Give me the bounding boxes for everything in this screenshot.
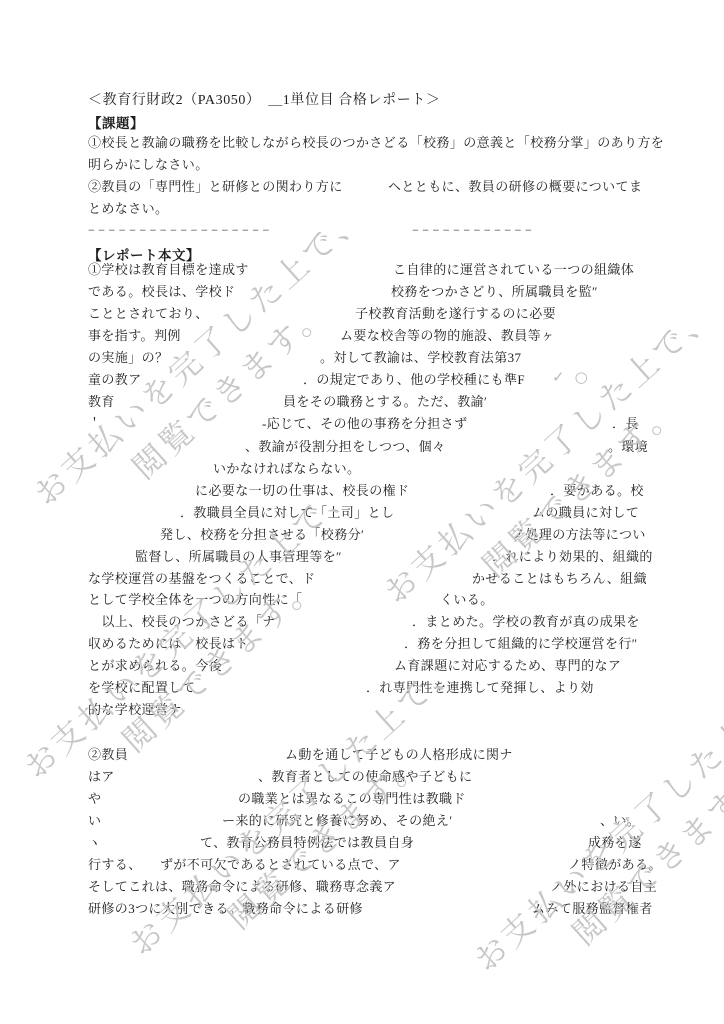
text-segment: の職業とは異なるこの専門性は教職ド [238, 788, 466, 807]
text-segment: 教育 [88, 391, 115, 410]
report-line: 事を指す。判例ム要な校舎等の物的施設、教員等ヶ [0, 325, 724, 345]
text-segment: 、教諭が役割分担をしつつ、個々 [245, 436, 445, 455]
text-segment: そしてこれは、職務命令による研修、職務専念義ア [88, 876, 396, 895]
text-segment: 研修の3つに大別できる。職務命令による研修 [88, 898, 363, 917]
text-segment: い [88, 810, 101, 829]
report-line: 教育員をその職務とする。ただ、教諭′ [0, 391, 724, 411]
text-segment: ②教員の「専門性」と研修との関わり方に [88, 176, 343, 195]
report-line: な学校運営の基盤をつくることで、ドかせることはもちろん、組織 [0, 568, 724, 588]
report-line: 的な学校運営ナ [0, 699, 724, 719]
text-segment: ずが不可欠であるとされている点で、ア [160, 854, 401, 873]
report-line: ②教員ム動を通して子どもの人格形成に関ナ [0, 744, 724, 764]
text-segment: こ自律的に運営されている一つの組織体 [393, 259, 634, 278]
text-segment: ①学校は教育目標を達成す [88, 259, 249, 278]
report-line: こととされており、子校教育活動を遂行するのに必要 [0, 303, 724, 323]
text-segment: ム育課題に対応するため、専門的なア [394, 655, 621, 674]
text-segment: ー来的に研究と修養に努め、その絶え′ [222, 810, 453, 829]
text-segment: ．要がある。校 [550, 480, 644, 499]
report-line: である。校長は、学校ド校務をつかさどり、所属職員を監″ [0, 281, 724, 301]
report-line: 童の教ア．の規定であり、他の学校種にも準F [0, 369, 724, 389]
report-line: そしてこれは、職務命令による研修、職務専念義アノ外における自主 [0, 876, 724, 896]
text-segment: ム動を通して子どもの人格形成に関ナ [285, 744, 513, 763]
text-segment: ムみて服務監督権者 [532, 898, 653, 917]
text-segment: ‐応じて、その他の事務を分担さず [262, 413, 467, 432]
text-segment: 収めるためには、校長はト [88, 633, 249, 652]
text-segment: を学校に配置して [88, 677, 195, 696]
text-segment: 。環境 [608, 436, 648, 455]
text-segment: に必要な一切の仕事は、校長の権ド [195, 480, 409, 499]
report-line: 以上、校長のつかさどる「ナ．まとめた。学校の教育が真の成果を [0, 611, 724, 631]
text-segment: の実施」の？ [88, 347, 168, 366]
dashed-separator-right: −−−−−−−−−−−− [412, 223, 535, 238]
kadai-line: 明らかにしなさい。 [0, 154, 724, 174]
report-line: ①学校は教育目標を達成すこ自律的に運営されている一つの組織体 [0, 259, 724, 279]
report-line: ＇‐応じて、その他の事務を分担さず．長 [0, 413, 724, 433]
text-segment: 、教育者としての使命感や子どもに [258, 766, 472, 785]
text-segment: や [88, 788, 101, 807]
text-segment: 。対して教諭は、学校教育法第37 [320, 347, 521, 366]
text-segment: 事を指す。判例 [88, 325, 181, 344]
report-line: として学校全体を一つの方向性に「くいる。 [0, 589, 724, 609]
text-segment: いかなければならない。 [213, 458, 360, 477]
text-segment: ．務を分担して組織的に学校運営を行″ [404, 633, 638, 652]
text-segment: ヽ [88, 832, 101, 851]
report-line: 、教諭が役割分担をしつつ、個々。環境 [0, 436, 724, 456]
text-segment: 子校教育活動を遂行するのに必要 [355, 303, 556, 322]
text-segment: 的な学校運営ナ [88, 699, 182, 718]
text-segment: とが求められる。今後 [88, 655, 222, 674]
report-line: ．教職員全員に対して「上司」としムの職員に対して [0, 502, 724, 522]
text-segment: 童の教ア [88, 369, 142, 388]
text-segment: はア [88, 766, 115, 785]
report-line: いー来的に研究と修養に努め、その絶え′、い。 [0, 810, 724, 830]
text-segment: ムの職員に対して [532, 502, 639, 521]
text-segment: ．の規定であり、他の学校種にも準F [303, 369, 525, 388]
document-page: ＜教育行財政2（PA3050） ＿1単位目 合格レポート＞ 【課題】 −−−−−… [0, 0, 724, 1024]
report-line: はア、教育者としての使命感や子どもに [0, 766, 724, 786]
kadai-line: ②教員の「専門性」と研修との関わり方にヘとともに、教員の研修の概要についてま [0, 176, 724, 196]
kadai-section-label: 【課題】 [88, 112, 144, 132]
text-segment: な学校運営の基盤をつくることで、ド [88, 568, 316, 587]
text-segment: ．まとめた。学校の教育が真の成果を [412, 611, 640, 630]
text-segment: ヘとともに、教員の研修の概要についてま [388, 176, 642, 195]
text-segment: 監督し、所属職員の人事管理等を″ [135, 546, 342, 565]
report-line: いかなければならない。 [0, 458, 724, 478]
report-line: 発し、校務を分担させる「校務分′ノ処理の方法等につい [0, 524, 724, 544]
text-segment: 明らかにしなさい。 [88, 154, 209, 173]
text-segment: くいる。 [440, 589, 494, 608]
report-line: 行する、ずが不可欠であるとされている点で、アノ特徴がある。 [0, 854, 724, 874]
text-segment: かせることはもちろん、組織 [472, 568, 647, 587]
text-segment: 以上、校長のつかさどる「ナ [88, 611, 276, 630]
text-segment: である。校長は、学校ド [88, 281, 235, 300]
text-segment: ．教職員全員に対して「上司」とし [180, 502, 394, 521]
text-segment: ム要な校舎等の物的施設、教員等ヶ [340, 325, 554, 344]
text-segment: ノ処理の方法等につい [512, 524, 646, 543]
text-segment: ノ特徴がある。 [568, 854, 662, 873]
text-segment: 行する、 [88, 854, 142, 873]
report-line: 研修の3つに大別できる。職務命令による研修ムみて服務監督権者 [0, 898, 724, 918]
text-segment: 発し、校務を分担させる「校務分′ [160, 524, 364, 543]
text-segment: こととされており、 [88, 303, 209, 322]
report-line: 監督し、所属職員の人事管理等を″．れにより効果的、組織的 [0, 546, 724, 566]
text-segment: とめなさい。 [88, 198, 168, 217]
report-line: の実施」の？。対して教諭は、学校教育法第37 [0, 347, 724, 367]
text-segment: 、い。 [600, 810, 640, 829]
kadai-line: ①校長と教諭の職務を比較しながら校長のつかさどる「校務」の意義と「校務分掌」のあ… [0, 132, 724, 152]
text-segment: ．れにより効果的、組織的 [492, 546, 653, 565]
text-segment: として学校全体を一つの方向性に「 [88, 589, 302, 608]
text-segment: ．長 [612, 413, 639, 432]
text-segment: 員をその職務とする。ただ、教諭′ [283, 391, 487, 410]
dashed-separator-left: −−−−−−−−−−−−−−−−−− [88, 223, 273, 238]
text-segment: て、教育公務員特例法では教員自身 [200, 832, 414, 851]
report-line: を学校に配置して．れ専門性を連携して発揮し、より効 [0, 677, 724, 697]
report-line: とが求められる。今後ム育課題に対応するため、専門的なア [0, 655, 724, 675]
text-segment: ＇ [88, 413, 101, 432]
report-title: ＜教育行財政2（PA3050） ＿1単位目 合格レポート＞ [88, 89, 441, 109]
report-line: やの職業とは異なるこの専門性は教職ド [0, 788, 724, 808]
text-segment: ①校長と教諭の職務を比較しながら校長のつかさどる「校務」の意義と「校務分掌」のあ… [88, 132, 664, 151]
watermark-line2: 閲覧できます。 [480, 681, 724, 1024]
text-segment: ノ外における自主 [550, 876, 657, 895]
kadai-line: とめなさい。 [0, 198, 724, 218]
text-segment: 成務を遂 [588, 832, 642, 851]
text-segment: 校務をつかさどり、所属職員を監″ [391, 281, 598, 300]
text-segment: ②教員 [88, 744, 128, 763]
report-line: に必要な一切の仕事は、校長の権ド．要がある。校 [0, 480, 724, 500]
report-line: 収めるためには、校長はト．務を分担して組織的に学校運営を行″ [0, 633, 724, 653]
report-line: ヽて、教育公務員特例法では教員自身成務を遂 [0, 832, 724, 852]
text-segment: ．れ専門性を連携して発揮し、より効 [366, 677, 594, 696]
